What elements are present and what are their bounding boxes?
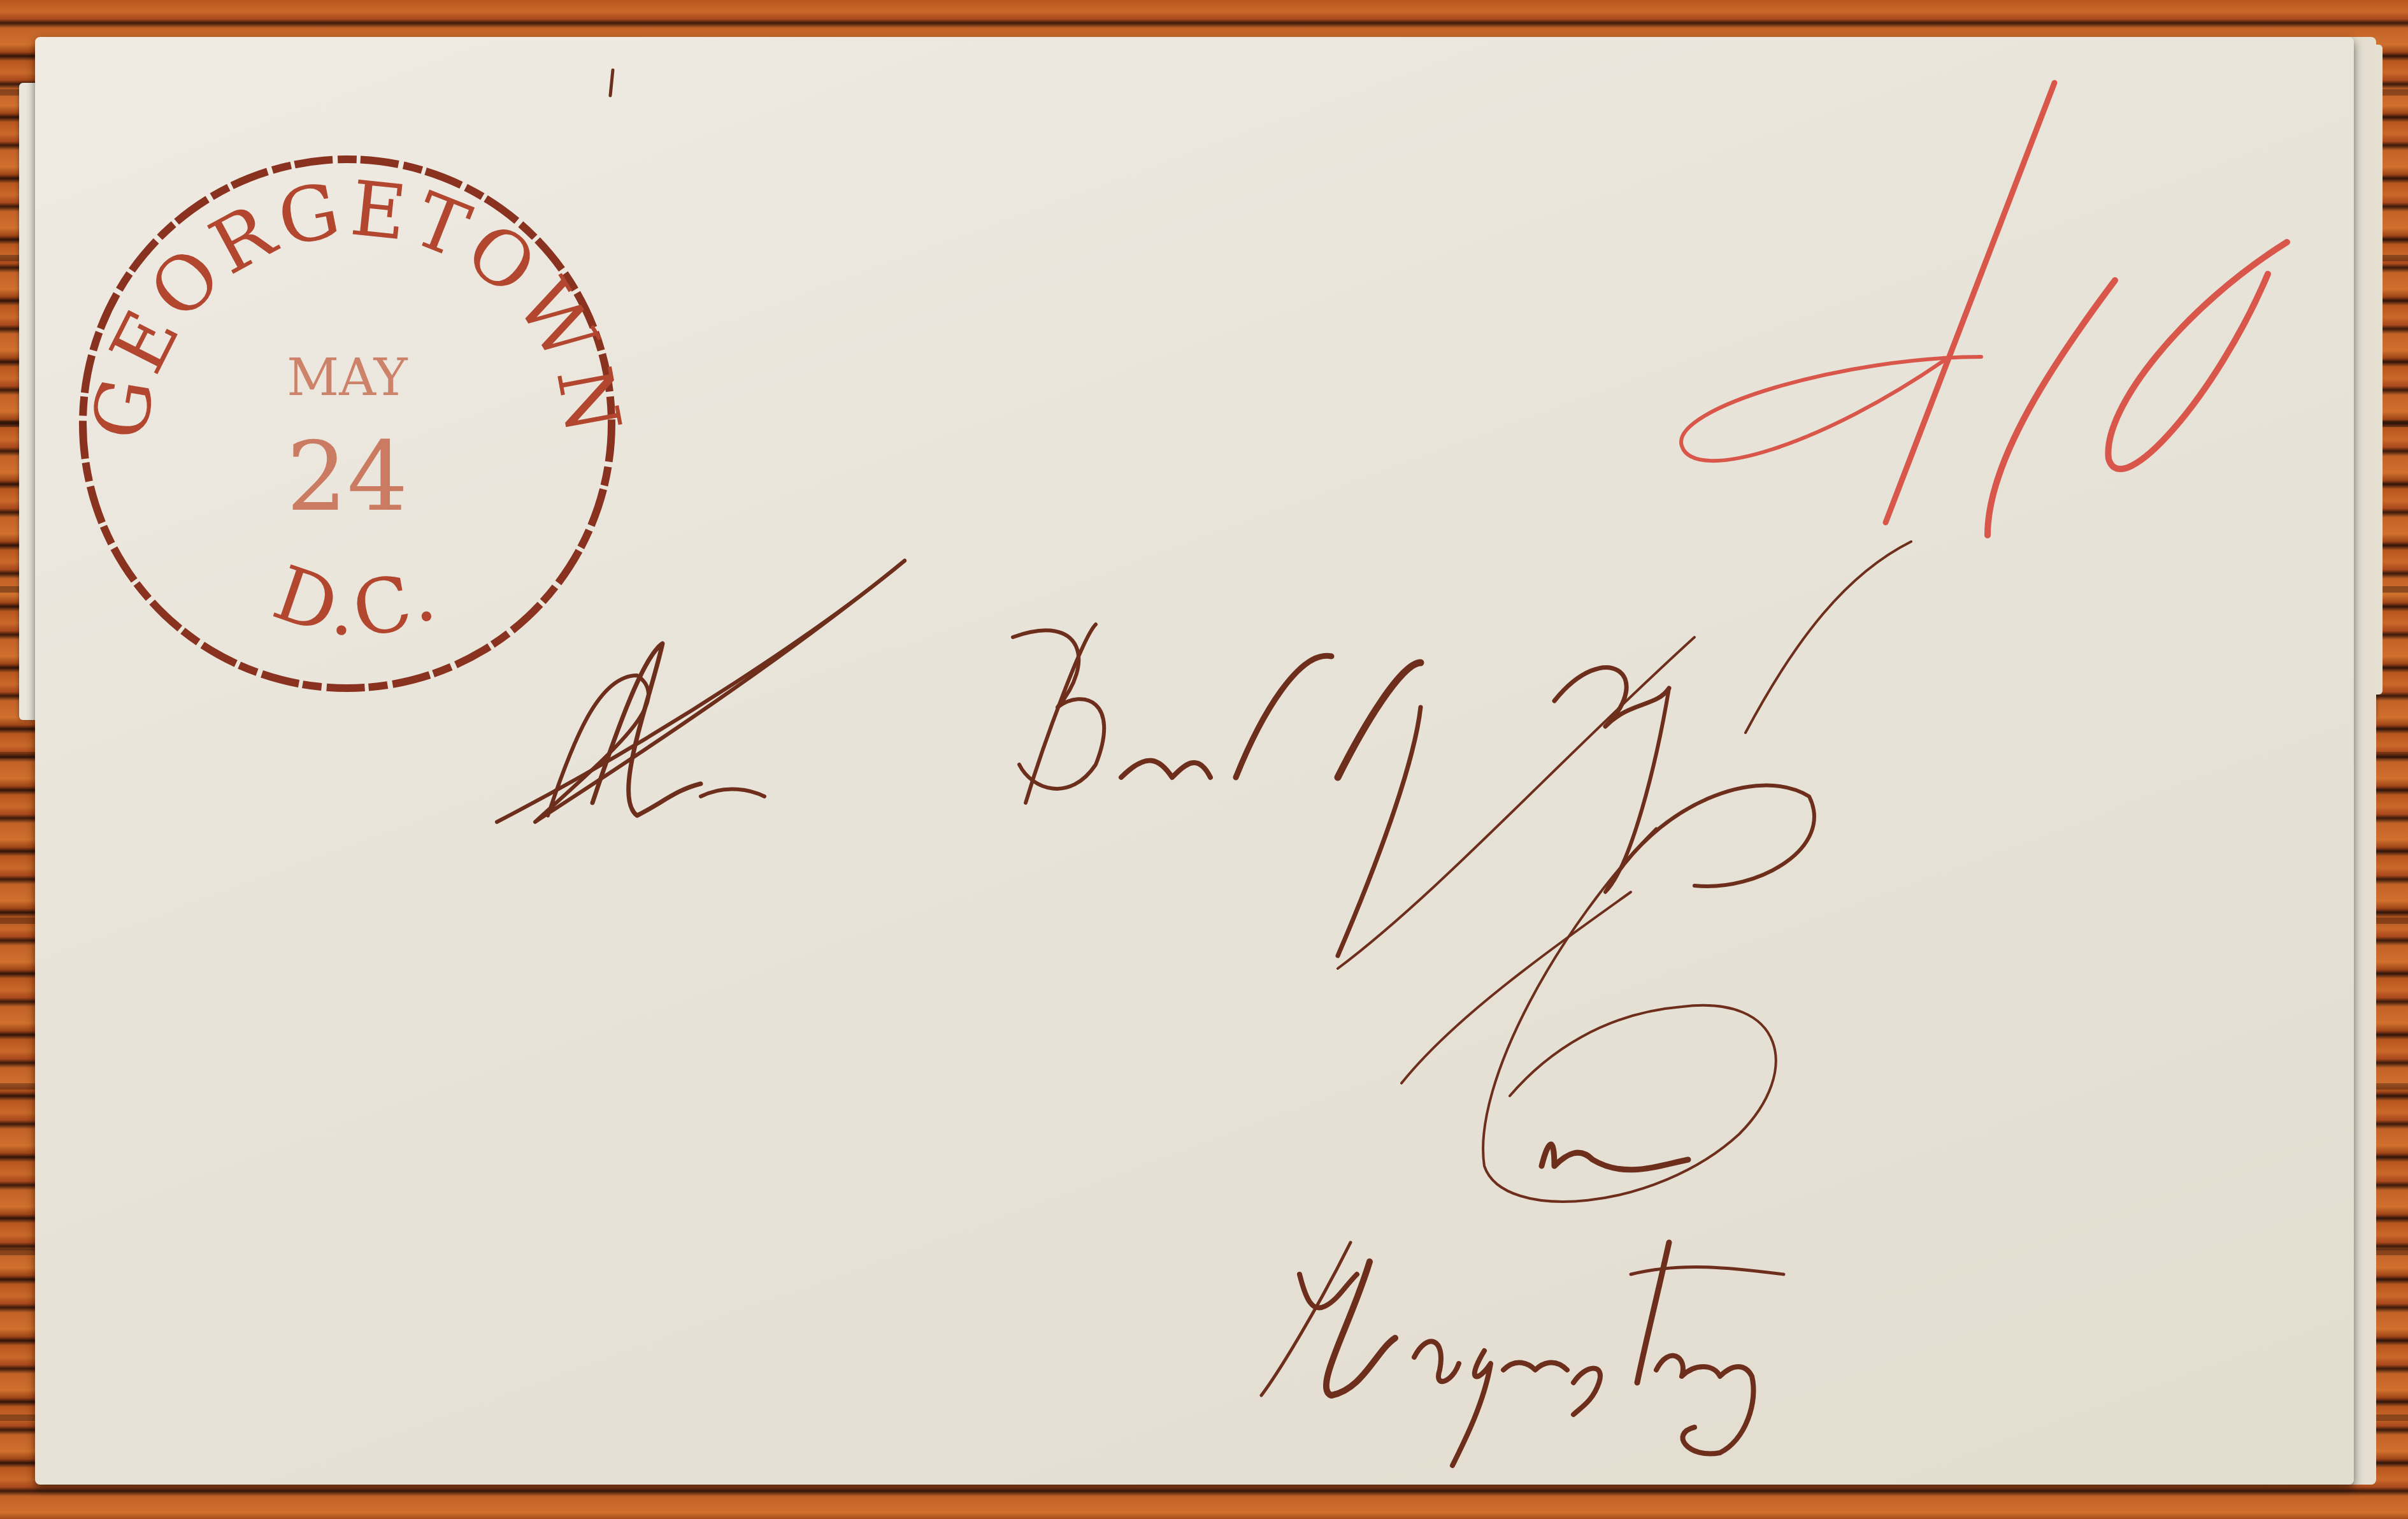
postmark-day: 24	[287, 422, 408, 533]
postmark-state: D.C.	[263, 549, 450, 655]
rate-marking	[1681, 83, 2287, 535]
address-line3	[1261, 1242, 1784, 1465]
address-line1	[497, 542, 1911, 968]
postmark: GEORGETOWN D.C. MAY 24	[75, 159, 639, 688]
postmark-month: MAY	[287, 348, 408, 407]
letter-markings: GEORGETOWN D.C. MAY 24	[0, 0, 2408, 1519]
ink-speck	[610, 70, 613, 96]
